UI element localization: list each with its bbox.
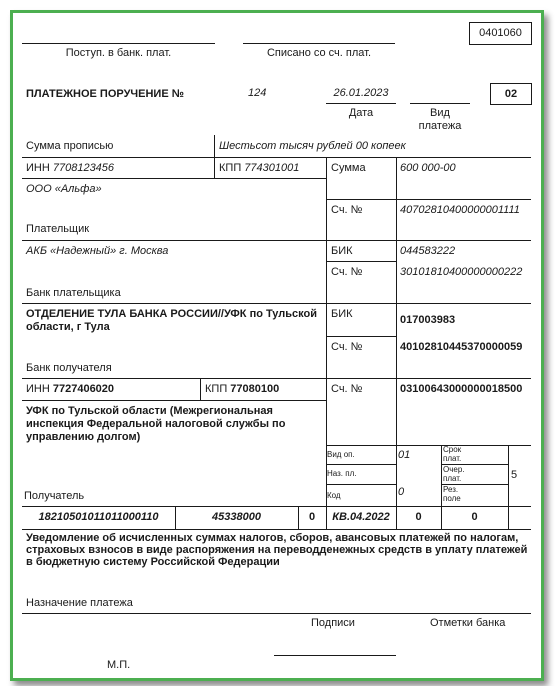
purpose-text: Уведомление об исчисленных суммах налого… [26, 532, 531, 568]
payer-bank-name: АКБ «Надежный» г. Москва [26, 245, 168, 258]
payee-bank-label: Банк получателя [26, 362, 112, 375]
divider [22, 613, 531, 614]
divider [22, 303, 531, 304]
kbk-value: 18210501011011000110 [22, 511, 175, 524]
doc-date-value: 0 [441, 511, 508, 524]
payee-name: УФК по Тульской области (Межрегиональная… [26, 405, 306, 444]
date-line [326, 103, 396, 104]
doc-number-value: 0 [396, 511, 441, 524]
payee-label: Получатель [24, 490, 84, 503]
payer-account: 40702810400000001111 [400, 204, 520, 217]
payment-type-label: Вид платежа [410, 107, 470, 133]
divider [326, 336, 396, 337]
payer-sum-label: Сумма [331, 162, 366, 175]
payer-sum: 600 000-00 [400, 162, 456, 175]
received-label: Поступ. в банк. плат. [22, 47, 215, 60]
tax-period-value: КВ.04.2022 [326, 511, 396, 524]
document-number: 124 [248, 87, 266, 100]
divider [22, 378, 531, 379]
signature-line [274, 655, 396, 656]
payer-bank-account: 30101810400000000222 [400, 266, 522, 279]
divider [326, 199, 531, 200]
payer-bank-label: Банк плательщика [26, 287, 121, 300]
document-date: 26.01.2023 [326, 87, 396, 100]
divider [22, 506, 531, 507]
status-code: 02 [505, 88, 517, 100]
payee-kpp: КПП 77080100 [205, 383, 279, 396]
op-type-label: Вид оп. [327, 450, 355, 459]
payee-account: 03100643000000018500 [400, 383, 522, 396]
purpose-code-label: Наз. пл. [327, 469, 356, 478]
payer-bank-bik: 044583222 [400, 245, 455, 258]
stamp-label: М.П. [107, 659, 130, 672]
document-title: ПЛАТЕЖНОЕ ПОРУЧЕНИЕ № [26, 88, 184, 101]
payer-bank-bik-label: БИК [331, 245, 353, 258]
priority-label: Очер. плат. [443, 465, 473, 483]
amount-words-label: Сумма прописью [26, 140, 113, 153]
divider [326, 261, 396, 262]
tax-basis-value: 0 [298, 511, 326, 524]
bank-marks-label: Отметки банка [430, 617, 505, 630]
divider [396, 157, 397, 530]
divider [326, 484, 396, 485]
divider [22, 157, 531, 158]
payee-bank-bik-label: БИК [331, 308, 353, 321]
payee-bank-name: ОТДЕЛЕНИЕ ТУЛА БАНКА РОССИИ//УФК по Туль… [26, 308, 324, 334]
status-code-box: 02 [490, 83, 532, 105]
divider [326, 464, 396, 465]
op-type: 01 [398, 449, 410, 462]
divider [22, 400, 326, 401]
payer-kpp: КПП 774301001 [219, 162, 299, 175]
payment-type-line [410, 103, 470, 104]
purpose-label: Назначение платежа [26, 597, 133, 610]
form-code: 0401060 [479, 27, 522, 39]
divider [326, 445, 531, 446]
payee-bank-bik: 017003983 [400, 314, 455, 327]
signatures-label: Подписи [311, 617, 355, 630]
payer-bank-account-label: Сч. № [331, 266, 362, 279]
reserve-label: Рез. поле [443, 485, 473, 503]
form-code-box: 0401060 [469, 22, 532, 45]
payee-bank-account: 40102810445370000059 [400, 341, 522, 354]
divider [200, 378, 201, 400]
payer-account-label: Сч. № [331, 204, 362, 217]
code-value: 0 [398, 486, 404, 499]
payer-label: Плательщик [26, 223, 89, 236]
divider [22, 529, 531, 530]
priority-value: 5 [511, 469, 517, 482]
debited-label: Списано со сч. плат. [243, 47, 395, 60]
due-label: Срок плат. [443, 445, 473, 463]
divider [22, 240, 531, 241]
oktmo-value: 45338000 [175, 511, 298, 524]
payer-inn: ИНН 7708123456 [26, 162, 114, 175]
divider [22, 178, 326, 179]
amount-words-value: Шестьсот тысяч рублей 00 копеек [219, 140, 406, 153]
divider [508, 445, 509, 530]
payee-bank-account-label: Сч. № [331, 341, 362, 354]
code-label: Код [327, 491, 341, 500]
payer-name: ООО «Альфа» [26, 183, 102, 196]
received-line [22, 43, 215, 44]
payee-account-label: Сч. № [331, 383, 362, 396]
debited-line [243, 43, 395, 44]
date-label: Дата [326, 107, 396, 120]
payee-inn: ИНН 7727406020 [26, 383, 114, 396]
